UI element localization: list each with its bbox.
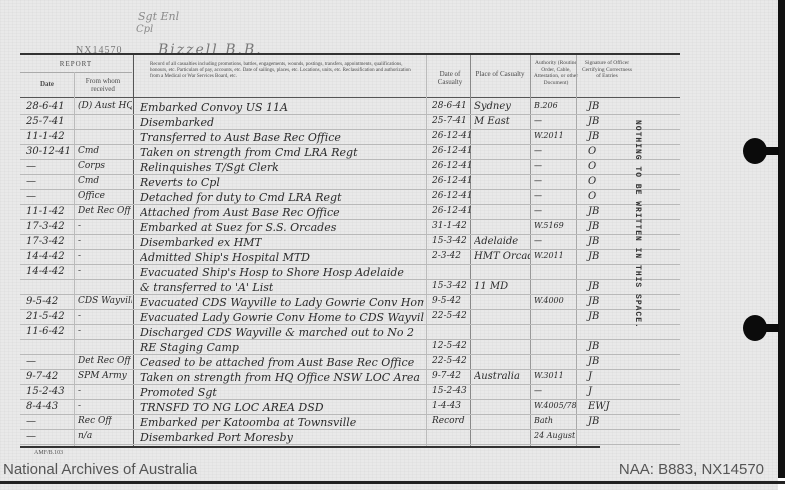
row-rule (20, 114, 680, 115)
report-group-header: REPORT (20, 60, 132, 68)
row-record: Evacuated Ship's Hosp to Shore Hosp Adel… (140, 266, 404, 279)
row-rule (20, 429, 680, 430)
row-record: & transferred to 'A' List (140, 281, 273, 294)
row-rule (20, 234, 680, 235)
row-authority: Bath (534, 416, 553, 425)
row-signature: JB (588, 131, 599, 142)
row-from-whom: (D) Aust HQ (78, 101, 132, 111)
row-record: Taken on strength from Cmd LRA Regt (140, 146, 358, 159)
row-record: Evacuated CDS Wayville to Lady Gowrie Co… (140, 296, 424, 309)
row-date: — (26, 416, 36, 427)
col-date-casualty-header: Date of Casualty (430, 70, 470, 86)
row-from-whom: - (78, 266, 81, 276)
row-place-casualty: Australia (474, 371, 520, 382)
row-rule (20, 159, 680, 160)
row-from-whom: Corps (78, 161, 105, 171)
row-rule (20, 144, 680, 145)
row-rule (20, 324, 680, 325)
row-date-casualty: 26-12-41 (432, 146, 472, 156)
row-date: 28-6-41 (26, 101, 65, 112)
row-signature: O (588, 191, 596, 202)
row-date: 25-7-41 (26, 116, 65, 127)
row-signature: O (588, 146, 596, 157)
row-signature: JB (588, 251, 599, 262)
header-bottom-rule (20, 97, 680, 98)
row-rule (20, 264, 680, 265)
row-signature: J (588, 371, 592, 382)
row-signature: JB (588, 101, 599, 112)
row-date: 14-4-42 (26, 266, 65, 277)
row-signature: JB (588, 236, 599, 247)
row-date: 17-3-42 (26, 221, 65, 232)
row-from-whom: Cmd (78, 146, 99, 156)
row-date: 11-6-42 (26, 326, 65, 337)
row-from-whom: SPM Army (78, 371, 127, 381)
row-authority: — (534, 176, 542, 185)
row-authority: — (534, 146, 542, 155)
row-signature: JB (588, 311, 599, 322)
row-from-whom: Rec Off (78, 416, 112, 426)
row-authority: — (534, 191, 542, 200)
row-signature: JB (588, 296, 599, 307)
row-from-whom: Cmd (78, 176, 99, 186)
row-authority: W.2011 (534, 131, 564, 140)
row-date: 11-1-42 (26, 206, 65, 217)
row-signature: JB (588, 206, 599, 217)
row-date-casualty: 26-12-41 (432, 131, 472, 141)
row-from-whom: Det Rec Off (78, 206, 131, 216)
row-rule (20, 399, 680, 400)
row-date-casualty: 25-7-41 (432, 116, 467, 126)
table-bottom-rule (20, 446, 600, 448)
row-date-casualty: 15-2-43 (432, 386, 467, 396)
row-from-whom: - (78, 401, 81, 411)
row-place-casualty: HMT Orcades (474, 251, 530, 262)
row-authority: W.3011 (534, 371, 564, 380)
row-date-casualty: 26-12-41 (432, 206, 472, 216)
row-record: Discharged CDS Wayville & marched out to… (140, 326, 414, 339)
row-rule (20, 249, 680, 250)
row-place-casualty: 11 MD (474, 281, 508, 292)
row-signature: JB (588, 416, 599, 427)
row-rule (20, 354, 680, 355)
row-date-casualty: 15-3-42 (432, 236, 467, 246)
row-from-whom: - (78, 251, 81, 261)
row-rule (20, 444, 680, 445)
row-signature: JB (588, 341, 599, 352)
row-signature: EWJ (588, 401, 610, 412)
row-date-casualty: 28-6-41 (432, 101, 467, 111)
row-authority: — (534, 116, 542, 125)
row-record: Embarked per Katoomba at Townsville (140, 416, 356, 429)
page-bottom-edge (0, 481, 785, 484)
row-date: 14-4-42 (26, 251, 65, 262)
side-note-nothing-to-be-written: NOTHING TO BE WRITTEN IN THIS SPACE. (628, 120, 642, 360)
row-record: Promoted Sgt (140, 386, 217, 399)
row-date: 9-5-42 (26, 296, 58, 307)
row-record: Disembarked ex HMT (140, 236, 262, 249)
footer-citation: NAA: B883, NX14570 (619, 461, 764, 478)
row-from-whom: - (78, 386, 81, 396)
row-from-whom: Det Rec Off (78, 356, 131, 366)
row-record: Ceased to be attached from Aust Base Rec… (140, 356, 414, 369)
row-rule (20, 129, 680, 130)
row-record: Embarked at Suez for S.S. Orcades (140, 221, 336, 234)
row-date: 15-2-43 (26, 386, 65, 397)
row-date: — (26, 431, 36, 442)
row-date: — (26, 191, 36, 202)
row-record: Reverts to Cpl (140, 176, 220, 189)
row-rule (20, 219, 680, 220)
row-date: 11-1-42 (26, 131, 65, 142)
row-place-casualty: Adelaide (474, 236, 518, 247)
row-place-casualty: Sydney (474, 101, 511, 112)
row-authority: W.4000 (534, 296, 564, 305)
col-signature-header: Signature of Officer Certifying Correctn… (582, 60, 632, 80)
row-record: TRNSFD TO NG LOC AREA DSD (140, 401, 324, 414)
row-place-casualty: M East (474, 116, 510, 127)
row-rule (20, 189, 680, 190)
row-rule (20, 309, 680, 310)
row-date-casualty: 1-4-43 (432, 401, 461, 411)
row-date: 17-3-42 (26, 236, 65, 247)
row-rule (20, 414, 680, 415)
row-date-casualty: 9-5-42 (432, 296, 461, 306)
row-authority: — (534, 236, 542, 245)
row-date: 8-4-43 (26, 401, 58, 412)
report-divider (20, 72, 132, 73)
row-signature: JB (588, 356, 599, 367)
top-annotation: Sgt Enl (138, 10, 179, 23)
row-record: Disembarked Port Moresby (140, 431, 293, 444)
row-from-whom: - (78, 311, 81, 321)
row-date-casualty: Record (432, 416, 465, 426)
row-date-casualty: 26-12-41 (432, 161, 472, 171)
row-rule (20, 279, 680, 280)
header-top-rule (20, 53, 680, 55)
row-date: — (26, 356, 36, 367)
row-date-casualty: 12-5-42 (432, 341, 467, 351)
row-signature: JB (588, 221, 599, 232)
row-date: 30-12-41 (26, 146, 71, 157)
row-date-casualty: 15-3-42 (432, 281, 467, 291)
scanned-document-page: Sgt Enl Cpl NX14570 Bizzell B.B. REPORT … (0, 0, 778, 490)
row-from-whom: - (78, 326, 81, 336)
row-record: Relinquishes T/Sgt Clerk (140, 161, 279, 174)
row-from-whom: - (78, 236, 81, 246)
punch-hole-top (743, 138, 767, 164)
row-from-whom: CDS Wayville (78, 296, 132, 306)
col-from-header: From whom received (74, 77, 132, 93)
row-signature: O (588, 161, 596, 172)
col-place-casualty-header: Place of Casualty (475, 70, 525, 78)
col-authority-header: Authority (Routine Order, Cable, Attesta… (532, 60, 580, 86)
row-date-casualty: 22-5-42 (432, 311, 467, 321)
page-edge (778, 0, 785, 478)
col-record-header: Record of all casualties including promo… (150, 62, 420, 80)
row-signature: JB (588, 116, 599, 127)
row-date: — (26, 161, 36, 172)
row-date-casualty: 26-12-41 (432, 176, 472, 186)
row-record: Taken on strength from HQ Office NSW LOC… (140, 371, 420, 384)
row-from-whom: Office (78, 191, 105, 201)
row-date-casualty: 26-12-41 (432, 191, 472, 201)
row-rule (20, 294, 680, 295)
form-reference: AMF/B.103 (34, 450, 63, 456)
row-authority: B.206 (534, 101, 558, 110)
row-record: Detached for duty to Cmd LRA Regt (140, 191, 342, 204)
row-signature: JB (588, 281, 599, 292)
row-rule (20, 204, 680, 205)
row-authority: — (534, 206, 542, 215)
row-from-whom: n/a (78, 431, 92, 441)
row-authority: W.5169 (534, 221, 564, 230)
row-record: Admitted Ship's Hospital MTD (140, 251, 310, 264)
row-date: 21-5-42 (26, 311, 65, 322)
row-date-casualty: 31-1-42 (432, 221, 467, 231)
row-date: 9-7-42 (26, 371, 58, 382)
punch-hole-bottom (743, 315, 767, 341)
row-rule (20, 339, 680, 340)
footer-archive-name: National Archives of Australia (3, 461, 197, 478)
row-record: Disembarked (140, 116, 214, 129)
row-from-whom: - (78, 221, 81, 231)
row-rule (20, 384, 680, 385)
row-record: Evacuated Lady Gowrie Conv Home to CDS W… (140, 311, 424, 324)
row-date-casualty: 22-5-42 (432, 356, 467, 366)
top-annotation-2: Cpl (136, 24, 153, 35)
row-authority: — (534, 161, 542, 170)
row-record: Embarked Convoy US 11A (140, 101, 288, 114)
row-authority: 24 August (534, 431, 575, 440)
row-authority: W.2011 (534, 251, 564, 260)
row-date-casualty: 9-7-42 (432, 371, 461, 381)
row-signature: J (588, 386, 592, 397)
col-date-header: Date (20, 80, 74, 88)
row-date: — (26, 176, 36, 187)
row-authority: W.4005/78 (534, 401, 576, 410)
row-date-casualty: 2-3-42 (432, 251, 461, 261)
row-rule (20, 174, 680, 175)
row-record: Attached from Aust Base Rec Office (140, 206, 340, 219)
soldier-name: Bizzell B.B. (158, 42, 263, 58)
row-record: RE Staging Camp (140, 341, 239, 354)
row-rule (20, 369, 680, 370)
row-record: Transferred to Aust Base Rec Office (140, 131, 341, 144)
row-authority: — (534, 386, 542, 395)
row-signature: O (588, 176, 596, 187)
